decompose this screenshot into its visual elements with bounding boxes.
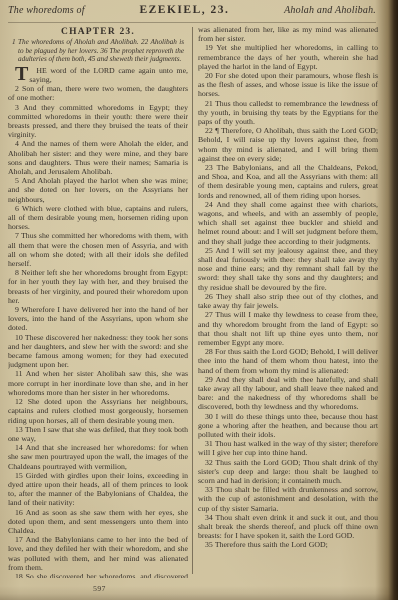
verse-27: 27 Thus will I make thy lewdness to ceas… [198, 310, 378, 347]
verse-number: 9 [15, 305, 21, 314]
verse: THE word of the LORD came again unto me,… [8, 66, 188, 84]
verse-2: 2 Son of man, there were two women, the … [8, 84, 188, 102]
verse-number: 7 [15, 231, 21, 240]
verse-14: 14 And that she increased her whoredoms:… [8, 443, 188, 471]
verse-number: 12 [15, 397, 28, 406]
verse-number: 24 [205, 200, 216, 209]
running-head: The whoredoms of EZEKIEL, 23. Aholah and… [8, 4, 376, 20]
verse-29: 29 And they shall deal with thee hateful… [198, 375, 378, 412]
drop-cap: T [8, 66, 29, 83]
verse-21: 21 Thus thou calledst to remembrance the… [198, 99, 378, 127]
verse-35: 35 Therefore thus saith the Lord GOD; [198, 540, 378, 549]
verse-12: 12 She doted upon the Assyrians her neig… [8, 397, 188, 425]
running-head-right: Aholah and Aholibah. [284, 5, 376, 16]
verse-number: 6 [15, 204, 22, 213]
verse-number: 3 [15, 103, 23, 112]
verse-number: 2 [15, 84, 22, 93]
running-head-left: The whoredoms of [8, 5, 85, 16]
verse-33: 33 Thou shalt be filled with drunkenness… [198, 485, 378, 513]
verse-32: 32 Thus saith the Lord GOD; Thou shalt d… [198, 458, 378, 486]
verse-number: 5 [15, 176, 22, 185]
verse-20: 20 For she doted upon their paramours, w… [198, 71, 378, 99]
verse-number: 10 [15, 333, 25, 342]
verse-number: 33 [205, 485, 216, 494]
verse-number: 32 [205, 458, 215, 467]
verse-30: 30 I will do these things unto thee, bec… [198, 412, 378, 440]
right-column: was alienated from her, like as my mind … [198, 25, 378, 578]
verse-5: 5 And Aholah played the harlot when she … [8, 176, 188, 204]
verse-number: 27 [205, 310, 215, 319]
verse-number: 17 [15, 535, 26, 544]
verse-number: 26 [205, 292, 216, 301]
verse-number: 16 [15, 508, 26, 517]
verse-7: 7 Thus she committed her whoredoms with … [8, 231, 188, 268]
verse-number: 30 [205, 412, 216, 421]
verse-6: 6 Which were clothed with blue, captains… [8, 204, 188, 232]
verse-25: 25 And I will set my jealousy against th… [198, 246, 378, 292]
running-head-center: EZEKIEL, 23. [139, 4, 229, 16]
right-verses: was alienated from her, like as my mind … [198, 25, 378, 550]
verse-number: 11 [15, 369, 26, 378]
verse-number: 8 [15, 268, 21, 277]
chapter-heading: CHAPTER 23. [8, 27, 188, 37]
verse-number: 21 [205, 99, 215, 108]
verse-26: 26 They shall also strip thee out of thy… [198, 292, 378, 310]
left-column: CHAPTER 23. 1 The whoredoms of Aholah an… [8, 25, 188, 578]
verse-8: 8 Neither left she her whoredoms brought… [8, 268, 188, 305]
verse: was alienated from her, like as my mind … [198, 25, 378, 43]
text-columns: CHAPTER 23. 1 The whoredoms of Aholah an… [8, 25, 378, 578]
verse-number: 14 [15, 443, 26, 452]
verse-number: 29 [205, 375, 216, 384]
verse-number: 4 [15, 139, 21, 148]
header-rule [8, 22, 376, 23]
verse-24: 24 And they shall come against thee with… [198, 200, 378, 246]
verse-number: 23 [205, 163, 217, 172]
verse-number: 31 [205, 439, 215, 448]
verse-11: 11 And when her sister Aholibah saw this… [8, 369, 188, 397]
verse-3: 3 And they committed whoredoms in Egypt;… [8, 103, 188, 140]
verse-31: 31 Thou hast walked in the way of thy si… [198, 439, 378, 457]
verse-17: 17 And the Babylonians came to her into … [8, 535, 188, 572]
verse-4: 4 And the names of them were Aholah the … [8, 139, 188, 176]
verse-19: 19 Yet she multiplied her whoredoms, in … [198, 43, 378, 71]
verse-number: 28 [205, 347, 215, 356]
bible-page: The whoredoms of EZEKIEL, 23. Aholah and… [0, 0, 398, 600]
verse-15: 15 Girded with girdles upon their loins,… [8, 471, 188, 508]
verse-13: 13 Then I saw that she was defiled, that… [8, 425, 188, 443]
left-verses: THE word of the LORD came again unto me,… [8, 66, 188, 578]
verse-number: 20 [205, 71, 215, 80]
verse-18: 18 So she discovered her whoredoms, and … [8, 572, 188, 578]
chapter-summary: 1 The whoredoms of Aholah and Aholibah. … [8, 38, 188, 64]
verse-28: 28 For thus saith the Lord GOD; Behold, … [198, 347, 378, 375]
verse-number: 22 [205, 126, 215, 135]
verse-number: 34 [205, 513, 216, 522]
verse-number: 25 [205, 246, 215, 255]
column-divider [192, 27, 193, 574]
verse-22: 22 ¶ Therefore, O Aholibah, thus saith t… [198, 126, 378, 163]
verse-10: 10 These discovered her nakedness: they … [8, 333, 188, 370]
verse-number: 13 [15, 425, 25, 434]
verse-34: 34 Thou shalt even drink it and suck it … [198, 513, 378, 541]
verse-number: 18 [15, 572, 26, 578]
verse-number: 15 [15, 471, 26, 480]
verse-9: 9 Wherefore I have delivered her into th… [8, 305, 188, 333]
verse-16: 16 And as soon as she saw them with her … [8, 508, 188, 536]
verse-number: 35 [205, 540, 215, 549]
verse-number: 19 [205, 43, 216, 52]
page-number: 597 [8, 584, 191, 593]
verse-23: 23 The Babylonians, and all the Chaldean… [198, 163, 378, 200]
